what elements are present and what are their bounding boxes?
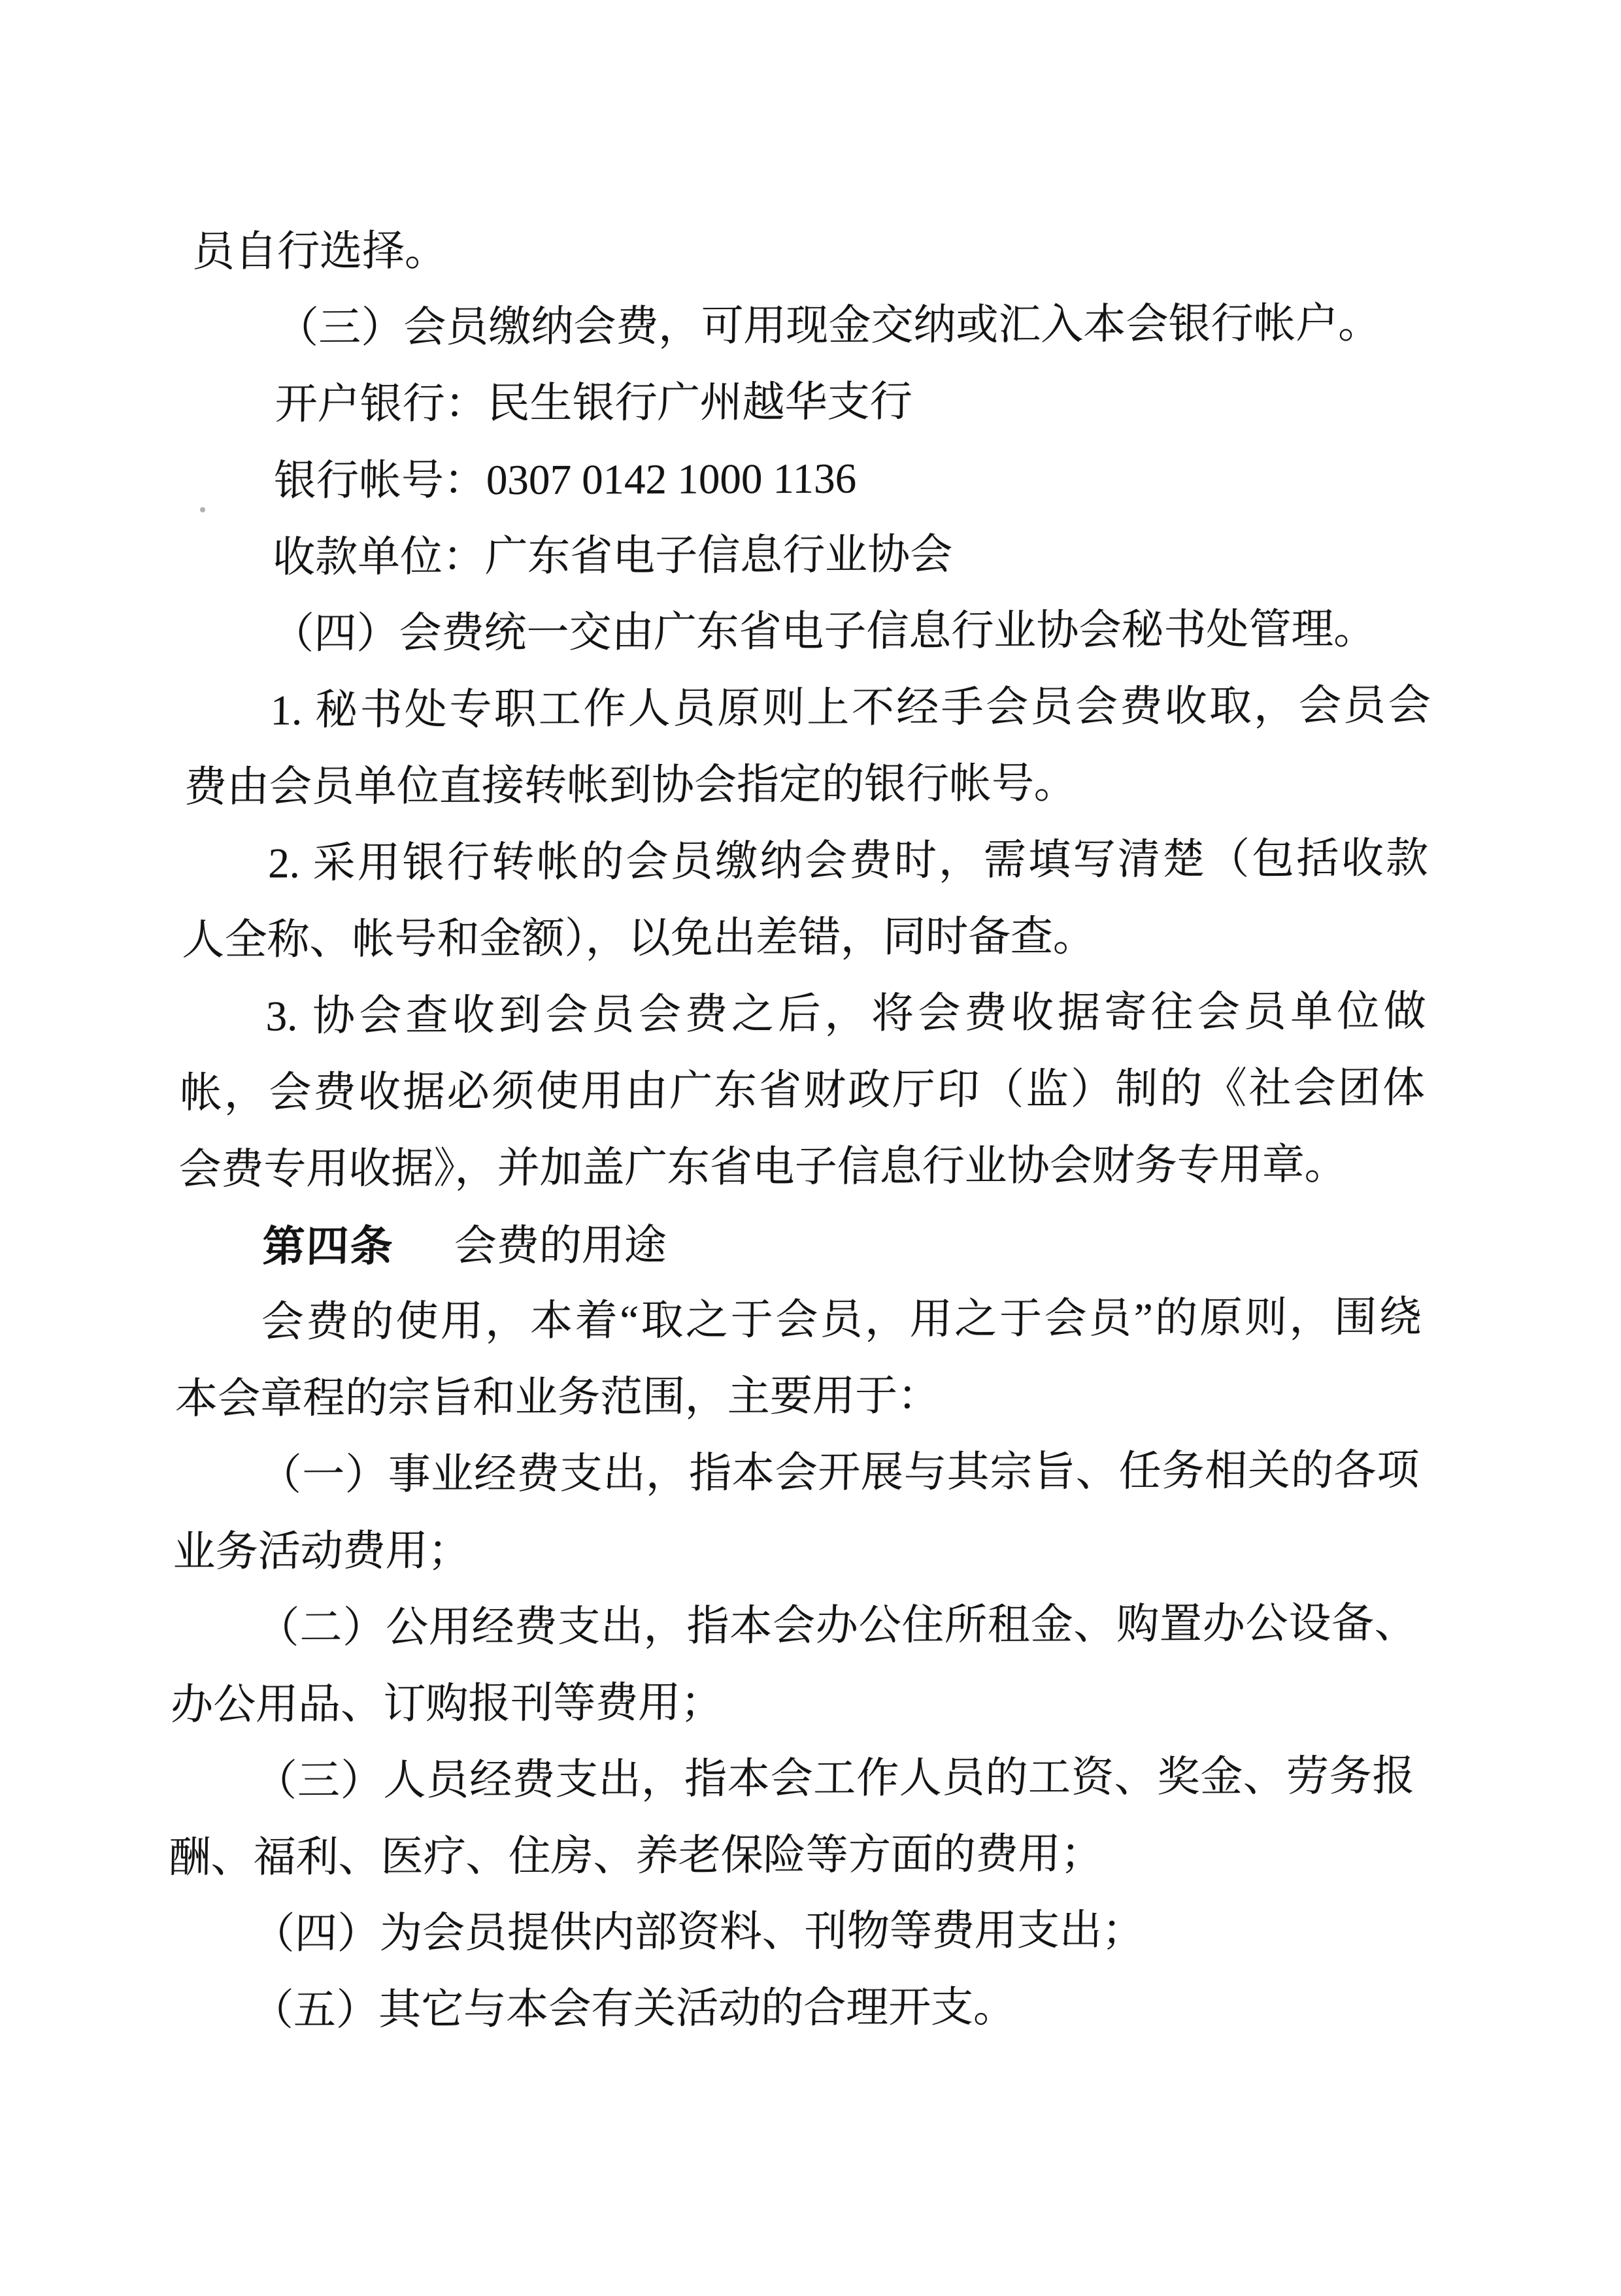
use-item-4-line: （四）为会员提供内部资料、刊物等费用支出； bbox=[167, 1891, 1413, 1973]
article-4-heading-title: 会费的用途 bbox=[454, 1222, 667, 1270]
clause-2-line-1: 2. 采用银行转帐的会员缴纳会费时，需填写清楚（包括收款 bbox=[182, 821, 1429, 903]
bank-name-line: 开户银行：民生银行广州越华支行 bbox=[190, 362, 1436, 444]
use-item-3-line-2: 酬、福利、医疗、住房、养老保险等方面的费用； bbox=[168, 1815, 1414, 1897]
paragraph-continuation-line: 员自行选择。 bbox=[192, 209, 1438, 291]
clause-2-line-2: 人全称、帐号和金额），以免出差错，同时备查。 bbox=[182, 897, 1428, 979]
article-4-heading: 第四条 会费的用途 bbox=[177, 1203, 1424, 1285]
document-body: 员自行选择。 （三）会员缴纳会费，可用现金交纳或汇入本会银行帐户。 开户银行：民… bbox=[165, 209, 1438, 2050]
use-item-3-line-1: （三）人员经费支出，指本会工作人员的工资、奖金、劳务报 bbox=[169, 1739, 1416, 1820]
usage-intro-line-1: 会费的使用，本着“取之于会员，用之于会员”的原则，围绕 bbox=[176, 1280, 1422, 1361]
clause-1-line-1: 1. 秘书处专职工作人员原则上不经手会员会费收取，会员会 bbox=[185, 668, 1431, 750]
article-4-heading-number: 第四条 bbox=[262, 1222, 394, 1271]
use-item-1-line-1: （一）事业经费支出，指本会开展与其宗旨、任务相关的各项 bbox=[173, 1433, 1420, 1514]
clause-3-line-1: 3. 协会查收到会员会费之后，将会费收据寄往会员单位做 bbox=[180, 974, 1427, 1056]
payee-line: 收款单位：广东省电子信息行业协会 bbox=[187, 515, 1433, 597]
use-item-2-line-1: （二）公用经费支出，指本会办公住所租金、购置办公设备、 bbox=[171, 1586, 1418, 1667]
clause-3-line-3: 会费专用收据》，并加盖广东省电子信息行业协会财务专用章。 bbox=[178, 1127, 1424, 1208]
use-item-5-line: （五）其它与本会有关活动的合理开支。 bbox=[165, 1968, 1412, 2050]
usage-intro-line-2: 本会章程的宗旨和业务范围，主要用于： bbox=[175, 1356, 1421, 1438]
document-page: 员自行选择。 （三）会员缴纳会费，可用现金交纳或汇入本会银行帐户。 开户银行：民… bbox=[0, 0, 1621, 2296]
item-3-payment-line: （三）会员缴纳会费，可用现金交纳或汇入本会银行帐户。 bbox=[191, 286, 1437, 367]
use-item-2-line-2: 办公用品、订购报刊等费用； bbox=[170, 1662, 1416, 1744]
item-4-management-line: （四）会费统一交由广东省电子信息行业协会秘书处管理。 bbox=[186, 591, 1433, 673]
use-item-1-line-2: 业务活动费用； bbox=[173, 1509, 1419, 1591]
clause-3-line-2: 帐，会费收据必须使用由广东省财政厅印（监）制的《社会团体 bbox=[179, 1050, 1426, 1132]
bank-account-line: 银行帐号：0307 0142 1000 1136 bbox=[188, 439, 1435, 520]
clause-1-line-2: 费由会员单位直接转帐到协会指定的银行帐号。 bbox=[184, 744, 1430, 826]
